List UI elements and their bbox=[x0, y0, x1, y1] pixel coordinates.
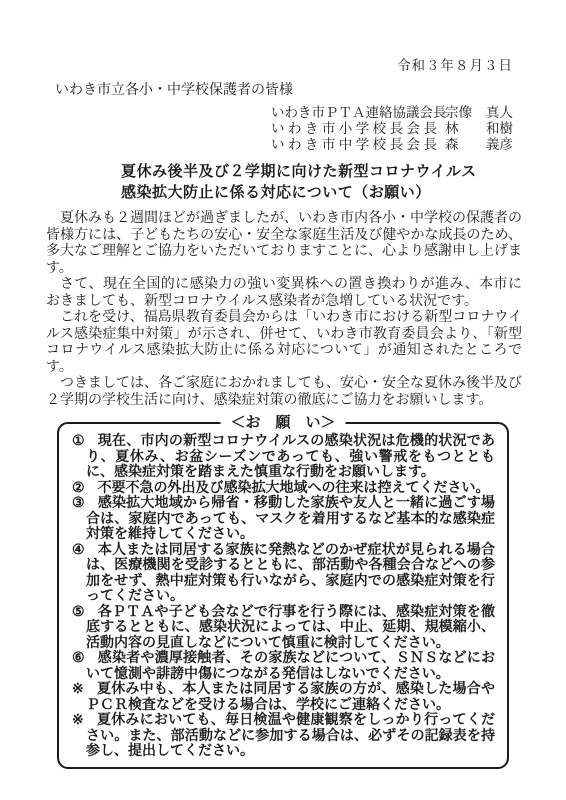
signature-name-last: 森 bbox=[445, 137, 459, 153]
signature-name-first: 義彦 bbox=[486, 137, 513, 153]
body-paragraphs: 夏休みも２週間ほどが過ぎましたが、いわき市内各小・中学校の保護者の皆様方には、子… bbox=[46, 211, 522, 409]
item-marker: ③ bbox=[72, 496, 85, 511]
signature-name: 森義彦 bbox=[445, 137, 513, 153]
signature-title: いわき市ＰＴＡ連絡協議会長 bbox=[271, 105, 437, 121]
request-item: ④本人または同居する家族に発熱などのかぜ症状が見られる場合は、医療機関を受診する… bbox=[72, 543, 495, 605]
item-marker: ※ bbox=[72, 682, 84, 697]
paragraph: これを受け、福島県教育委員会からは「いわき市における新型コロナウイルス感染症集中… bbox=[46, 310, 522, 376]
item-text: 現在、市内の新型コロナウイルスの感染状況は危機的状況であり、夏休み、お盆シーズン… bbox=[86, 434, 495, 480]
item-marker: ② bbox=[72, 481, 85, 496]
addressee-line: いわき市立各小・中学校保護者の皆様 bbox=[55, 83, 566, 99]
request-item: ⑤各ＰＴＡや子ども会などで行事を行う際には、感染症対策を徹底するとともに、感染状… bbox=[72, 605, 495, 652]
document-title: 夏休み後半及び２学期に向けた新型コロナウイルス 感染拡大防止に係る対応について（… bbox=[121, 162, 566, 204]
signature-block: いわき市ＰＴＡ連絡協議会長宗像真人 いわき市小学校長会長林和樹 いわき市中学校長… bbox=[0, 105, 513, 153]
item-marker: ① bbox=[72, 434, 85, 449]
signature-name: 宗像真人 bbox=[445, 105, 513, 121]
signature-name: 林和樹 bbox=[445, 121, 513, 137]
signature-title: いわき市中学校長会長 bbox=[271, 137, 437, 153]
item-marker: ※ bbox=[72, 713, 84, 728]
signature-row: いわき市小学校長会長林和樹 bbox=[0, 121, 513, 137]
signature-name-first: 和樹 bbox=[486, 121, 513, 137]
item-marker: ④ bbox=[72, 543, 85, 558]
item-text: 不要不急の外出及び感染拡大地域への往来は控えてください。 bbox=[98, 481, 490, 496]
document-title-line2: 感染拡大防止に係る対応について（お願い） bbox=[121, 183, 566, 204]
request-item: ①現在、市内の新型コロナウイルスの感染状況は危機的状況であり、夏休み、お盆シーズ… bbox=[72, 434, 495, 481]
signature-row: いわき市中学校長会長森義彦 bbox=[0, 137, 513, 153]
signature-title: いわき市小学校長会長 bbox=[271, 121, 437, 137]
signature-name-first: 真人 bbox=[486, 105, 513, 121]
paragraph: 夏休みも２週間ほどが過ぎましたが、いわき市内各小・中学校の保護者の皆様方には、子… bbox=[46, 211, 522, 277]
request-item: ※夏休み中も、本人または同居する家族の方が、感染した場合やＰＣＲ検査などを受ける… bbox=[72, 682, 495, 713]
item-text: 夏休みにおいても、毎日検温や健康観察をしっかり行ってください。また、部活動などに… bbox=[86, 713, 495, 759]
item-text: 本人または同居する家族に発熱などのかぜ症状が見られる場合は、医療機関を受診すると… bbox=[86, 543, 495, 605]
signature-name-last: 宗像 bbox=[445, 105, 472, 121]
paragraph: つきましては、各ご家庭におかれましても、安心・安全な夏休み後半及び２学期の学校生… bbox=[46, 376, 522, 409]
document-title-line1: 夏休み後半及び２学期に向けた新型コロナウイルス bbox=[121, 162, 566, 183]
paragraph: さて、現在全国的に感染力の強い変異株への置き換わりが進み、本市におきましても、新… bbox=[46, 277, 522, 310]
signature-name-last: 林 bbox=[445, 121, 459, 137]
request-item: ※夏休みにおいても、毎日検温や健康観察をしっかり行ってください。また、部活動など… bbox=[72, 713, 495, 760]
document-page: 令和３年８月３日 いわき市立各小・中学校保護者の皆様 いわき市ＰＴＡ連絡協議会長… bbox=[0, 0, 566, 800]
item-text: 感染者や濃厚接触者、その家族などについて、ＳＮＳなどにおいて憶測や誹謗中傷につな… bbox=[86, 651, 495, 682]
item-text: 感染拡大地域から帰省・移動した家族や友人と一緒に過ごす場合は、家庭内であっても、… bbox=[86, 496, 495, 542]
item-marker: ⑥ bbox=[72, 651, 85, 666]
item-text: 夏休み中も、本人または同居する家族の方が、感染した場合やＰＣＲ検査などを受ける場… bbox=[86, 682, 495, 713]
request-box-title: ＜お 願 い＞ bbox=[220, 414, 345, 432]
request-box: ＜お 願 い＞ ①現在、市内の新型コロナウイルスの感染状況は危機的状況であり、夏… bbox=[57, 422, 509, 769]
item-marker: ⑤ bbox=[72, 605, 85, 620]
item-text: 各ＰＴＡや子ども会などで行事を行う際には、感染症対策を徹底するとともに、感染状況… bbox=[86, 605, 495, 651]
request-item: ③感染拡大地域から帰省・移動した家族や友人と一緒に過ごす場合は、家庭内であっても… bbox=[72, 496, 495, 543]
document-date: 令和３年８月３日 bbox=[0, 58, 566, 74]
request-item: ⑥感染者や濃厚接触者、その家族などについて、ＳＮＳなどにおいて憶測や誹謗中傷につ… bbox=[72, 651, 495, 682]
request-item: ②不要不急の外出及び感染拡大地域への往来は控えてください。 bbox=[72, 481, 495, 497]
signature-row: いわき市ＰＴＡ連絡協議会長宗像真人 bbox=[0, 105, 513, 121]
